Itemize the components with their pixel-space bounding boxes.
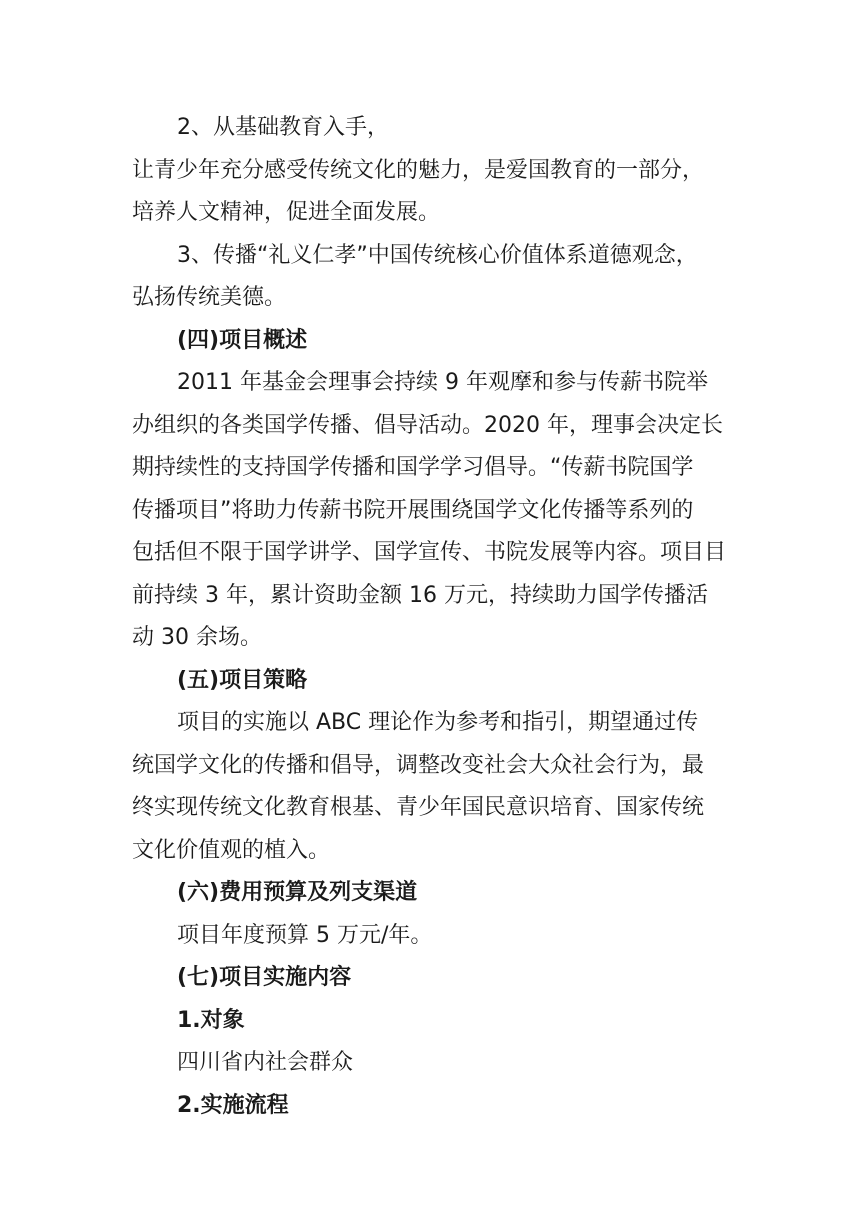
text-line: 期持续性的支持国学传播和国学学习倡导。“传薪书院国学 (132, 447, 732, 490)
project-overview: 2011 年基金会理事会持续 9 年观摩和参与传薪书院举 办组织的各类国学传播、… (132, 362, 732, 660)
goal-item-2: 2、从基础教育入手， 让青少年充分感受传统文化的魅力，是爱国教育的一部分， 培养… (132, 107, 732, 235)
text-line: 四川省内社会群众 (132, 1042, 732, 1085)
section-4-heading: (四)项目概述 (132, 320, 732, 363)
project-strategy: 项目的实施以 ABC 理论作为参考和指引，期望通过传 统国学文化的传播和倡导，调… (132, 702, 732, 872)
text-line: 2、从基础教育入手， (132, 107, 732, 150)
goal-item-3: 3、传播“礼义仁孝”中国传统核心价值体系道德观念， 弘扬传统美德。 (132, 235, 732, 320)
text-line: 终实现传统文化教育根基、青少年国民意识培育、国家传统 (132, 787, 732, 830)
text-line: 2011 年基金会理事会持续 9 年观摩和参与传薪书院举 (132, 362, 732, 405)
document-page: 2、从基础教育入手， 让青少年充分感受传统文化的魅力，是爱国教育的一部分， 培养… (132, 107, 732, 1127)
text-line: 统国学文化的传播和倡导，调整改变社会大众社会行为，最 (132, 745, 732, 788)
text-line: 弘扬传统美德。 (132, 277, 732, 320)
section-7-heading: (七)项目实施内容 (132, 957, 732, 1000)
section-6-heading: (六)费用预算及列支渠道 (132, 872, 732, 915)
text-line: 传播项目”将助力传薪书院开展围绕国学文化传播等系列的 (132, 490, 732, 533)
text-line: 包括但不限于国学讲学、国学宣传、书院发展等内容。项目目 (132, 532, 732, 575)
subsection-2-heading: 2.实施流程 (132, 1085, 732, 1128)
text-line: 文化价值观的植入。 (132, 830, 732, 873)
target-audience: 四川省内社会群众 (132, 1042, 732, 1085)
text-line: 3、传播“礼义仁孝”中国传统核心价值体系道德观念， (132, 235, 732, 278)
text-line: 办组织的各类国学传播、倡导活动。2020 年，理事会决定长 (132, 405, 732, 448)
section-5-heading: (五)项目策略 (132, 660, 732, 703)
budget: 项目年度预算 5 万元/年。 (132, 915, 732, 958)
text-line: 项目年度预算 5 万元/年。 (132, 915, 732, 958)
text-line: 让青少年充分感受传统文化的魅力，是爱国教育的一部分， (132, 150, 732, 193)
text-line: 项目的实施以 ABC 理论作为参考和指引，期望通过传 (132, 702, 732, 745)
text-line: 前持续 3 年，累计资助金额 16 万元，持续助力国学传播活 (132, 575, 732, 618)
subsection-1-heading: 1.对象 (132, 1000, 732, 1043)
text-line: 动 30 余场。 (132, 617, 732, 660)
text-line: 培养人文精神，促进全面发展。 (132, 192, 732, 235)
